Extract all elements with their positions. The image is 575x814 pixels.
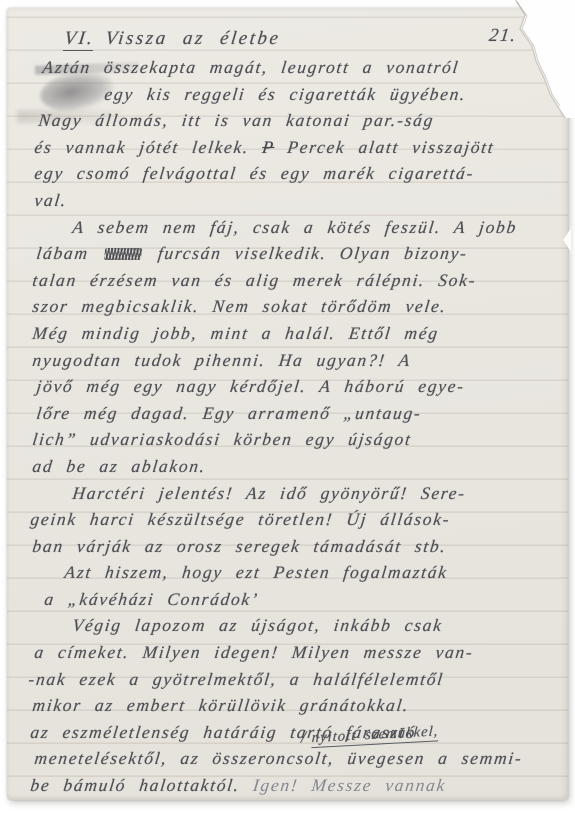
text-run: geink harci készültsége töretlen! Új áll… xyxy=(29,509,451,529)
handwriting-line: mikor az embert körüllövik gránátokkal. xyxy=(27,692,565,719)
handwriting-line: lich” udvariaskodási körben egy újságot xyxy=(27,426,565,453)
handwriting-line: A sebem nem fáj, csak a kötés feszül. A … xyxy=(27,214,565,241)
handwriting-line: egy kis reggeli és cigaretták ügyében. xyxy=(27,81,565,108)
handwriting-line: egy csomó felvágottal és egy marék cigar… xyxy=(27,160,565,187)
chapter-number: VI. xyxy=(63,28,96,51)
text-run: lőre még dagad. Egy arramenő „untaug- xyxy=(35,403,422,423)
text-run: furcsán viselkedik. Olyan bizony- xyxy=(144,243,469,263)
text-run: val. xyxy=(33,190,68,210)
handwriting-line: Aztán összekapta magát, leugrott a vonat… xyxy=(27,54,565,81)
handwriting-line: geink harci készültsége töretlen! Új áll… xyxy=(27,506,565,533)
text-run: Végig lapozom az újságot, inkább csak xyxy=(71,615,444,635)
handwriting-line: menetelésektől, az összeroncsolt, üveges… xyxy=(27,745,565,772)
handwriting-line: az eszméletlenség határáig tartó fáraszt… xyxy=(27,719,565,746)
text-run: szor megbicsaklik. Nem sokat törődöm vel… xyxy=(31,296,448,316)
chapter-heading: VI.Vissza az életbe xyxy=(63,28,282,50)
text-run: menetelésektől, az összeroncsolt, üveges… xyxy=(33,748,523,768)
scribbled-out-word xyxy=(104,248,142,260)
text-run: lábam xyxy=(35,243,103,263)
handwriting-line: Nagy állomás, itt is van katonai par.-sá… xyxy=(27,107,565,134)
text-run: Percek alatt visszajött xyxy=(273,137,496,157)
text-run: a „kávéházi Conrádok’ xyxy=(43,589,259,609)
diary-page: VI.Vissza az életbe 21. Aztán összekapta… xyxy=(7,8,568,800)
handwriting-line: és vannak jótét lelkek. P Percek alatt v… xyxy=(27,134,565,161)
handwriting-line: val. xyxy=(27,187,565,214)
handwriting-line: a címeket. Milyen idegen! Milyen messze … xyxy=(27,639,565,666)
text-run: be bámuló halottaktól. xyxy=(29,775,254,795)
insertion-caret-icon: / xyxy=(300,727,307,746)
text-run: A sebem nem fáj, csak a kötés feszül. A … xyxy=(71,217,518,237)
handwriting-line: -nak ezek a gyötrelmektől, a halálfélele… xyxy=(27,666,565,693)
text-run: nyugodtan tudok pihenni. Ha ugyan?! A xyxy=(31,350,412,370)
text-run: jövő még egy nagy kérdőjel. A háború egy… xyxy=(35,376,466,396)
chapter-title: Vissza az életbe xyxy=(104,28,282,49)
scan-background: VI.Vissza az életbe 21. Aztán összekapta… xyxy=(0,0,575,814)
text-run: Még mindig jobb, mint a halál. Ettől még xyxy=(31,323,440,343)
text-run: Aztán összekapta magát, leugrott a vonat… xyxy=(41,57,460,77)
text-run: talan érzésem van és alig merek rálépni.… xyxy=(31,270,477,290)
handwriting-line: talan érzésem van és alig merek rálépni.… xyxy=(27,267,565,294)
torn-corner-icon xyxy=(505,0,575,118)
handwriting-line: lőre még dagad. Egy arramenő „untaug- xyxy=(27,400,565,427)
text-run: egy kis reggeli és cigaretták ügyében. xyxy=(103,84,467,104)
handwriting-line: lábam furcsán viselkedik. Olyan bizony- xyxy=(27,240,565,267)
text-run: és vannak jótét lelkek. xyxy=(33,137,263,157)
text-run: -nak ezek a gyötrelmektől, a halálfélele… xyxy=(27,669,445,689)
text-run: Harctéri jelentés! Az idő gyönyörű! Sere… xyxy=(71,483,467,503)
text-run: Azt hiszem, hogy ezt Pesten fogalmazták xyxy=(63,562,449,582)
text-run: ad be az ablakon. xyxy=(31,456,207,476)
text-run: Nagy állomás, itt is van katonai par.-sá… xyxy=(37,110,435,130)
handwriting-line: nyugodtan tudok pihenni. Ha ugyan?! A xyxy=(27,347,565,374)
text-run: egy csomó felvágottal és egy marék cigar… xyxy=(33,163,475,183)
handwriting-line: Harctéri jelentés! Az idő gyönyörű! Sere… xyxy=(27,480,565,507)
handwriting-line: be bámuló halottaktól. Igen! Messze vann… xyxy=(27,772,565,799)
text-run: a címeket. Milyen idegen! Milyen messze … xyxy=(33,642,474,662)
handwriting-line: a „kávéházi Conrádok’ xyxy=(27,586,565,613)
handwriting-line: szor megbicsaklik. Nem sokat törődöm vel… xyxy=(27,293,565,320)
handwriting-line: ad be az ablakon. xyxy=(27,453,565,480)
handwriting-line: Végig lapozom az újságot, inkább csak xyxy=(27,612,565,639)
handwriting-lines: Aztán összekapta magát, leugrott a vonat… xyxy=(27,54,562,799)
text-run: mikor az embert körüllövik gránátokkal. xyxy=(31,695,410,715)
text-run: Igen! Messze vannak xyxy=(252,775,448,795)
handwriting-line: Azt hiszem, hogy ezt Pesten fogalmazták xyxy=(27,559,565,586)
text-run: lich” udvariaskodási körben egy újságot xyxy=(31,429,413,449)
handwriting-line: ban várják az orosz seregek támadását st… xyxy=(27,533,565,560)
handwriting-line: Még mindig jobb, mint a halál. Ettől még xyxy=(27,320,565,347)
text-run: ban várják az orosz seregek támadását st… xyxy=(31,536,447,556)
handwriting-line: jövő még egy nagy kérdőjel. A háború egy… xyxy=(27,373,565,400)
